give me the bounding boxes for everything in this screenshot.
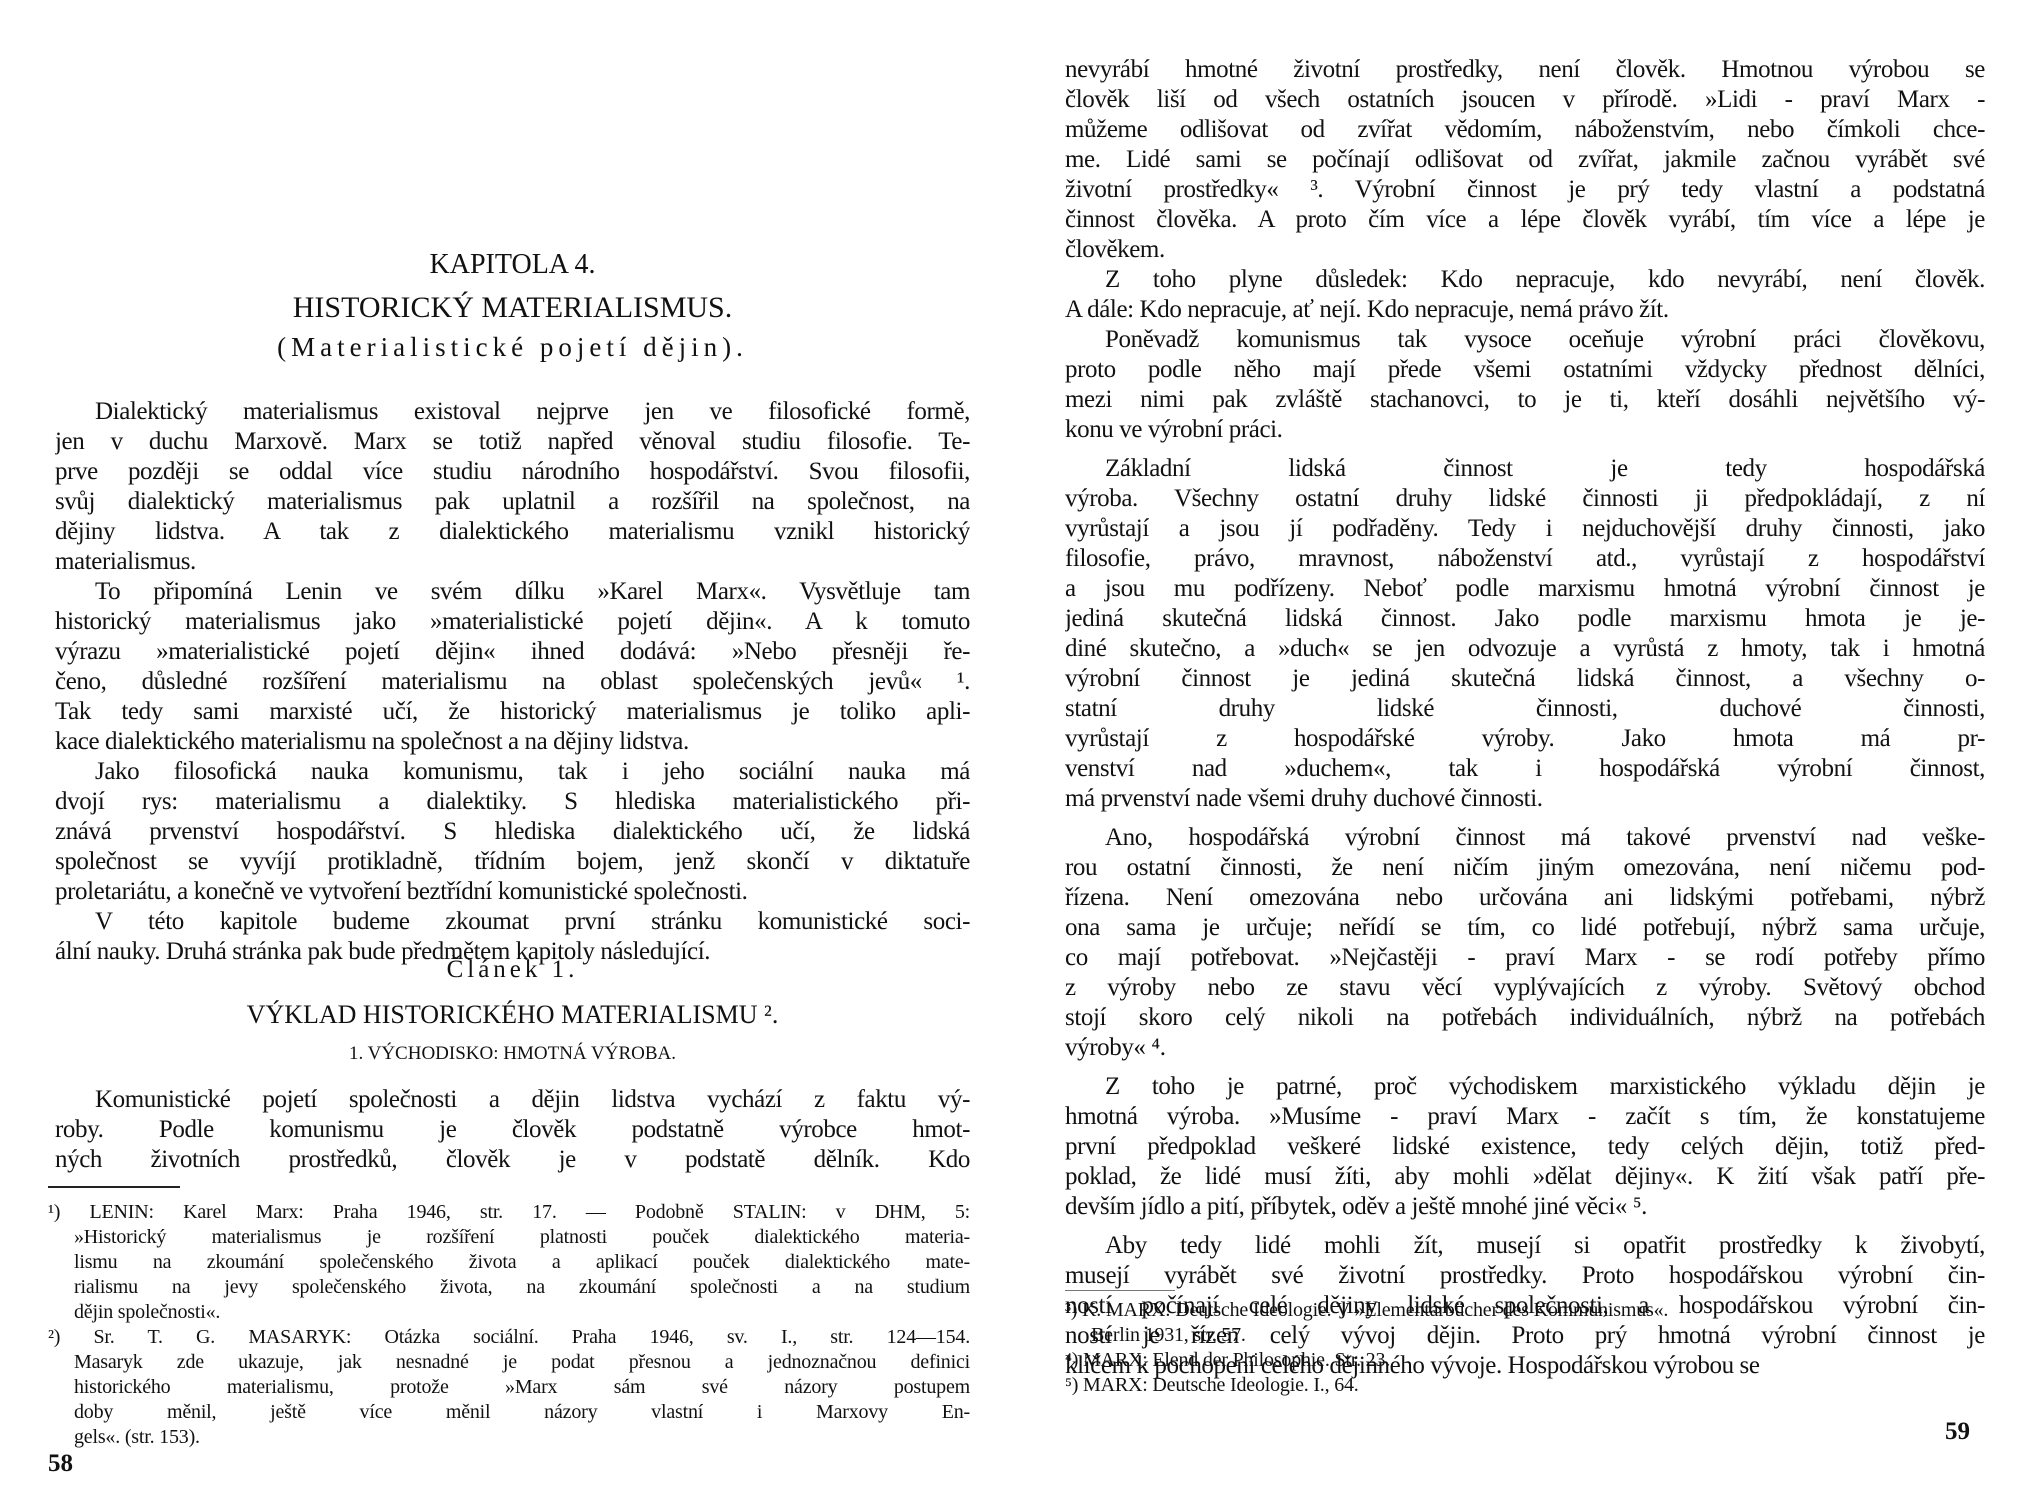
text-line: me. Lidé sami se počínají odlišovat od z… <box>1065 145 1985 175</box>
text-line: životní prostředky« ³. Výrobní činnost j… <box>1065 175 1985 205</box>
paragraph: Z toho je patrné, proč východiskem marxi… <box>1065 1072 1985 1222</box>
footnote-line: »Historický materialismus je rozšíření p… <box>48 1225 970 1250</box>
right-body-text: nevyrábí hmotné životní prostředky, není… <box>1065 55 1985 1381</box>
text-line: dějiny lidstva. A tak z dialektického ma… <box>55 517 970 547</box>
page-number: 59 <box>1945 1418 1970 1446</box>
text-line: Z toho je patrné, proč východiskem marxi… <box>1065 1072 1985 1102</box>
text-line: výrobní činnost je jediná skutečná lidsk… <box>1065 664 1985 694</box>
left-footnotes: ¹) LENIN: Karel Marx: Praha 1946, str. 1… <box>48 1200 970 1450</box>
text-line: Tak tedy sami marxisté učí, že historick… <box>55 697 970 727</box>
text-line: Komunistické pojetí společnosti a dějin … <box>55 1085 970 1115</box>
footnote-line: ²) Sr. T. G. MASARYK: Otázka sociální. P… <box>48 1325 970 1350</box>
text-line: vyrůstají z hospodářské výroby. Jako hmo… <box>1065 724 1985 754</box>
text-line: Jako filosofická nauka komunismu, tak i … <box>55 757 970 787</box>
chapter-title: HISTORICKÝ MATERIALISMUS. <box>55 290 970 326</box>
right-footnotes: ³) K. MARX: Deutsche Ideologie. V »Eleme… <box>1065 1298 1985 1398</box>
page-number: 58 <box>48 1450 73 1478</box>
text-line: ných životních prostředků, člověk je v p… <box>55 1145 970 1175</box>
text-line: proto podle něho mají přede všemi ostatn… <box>1065 355 1985 385</box>
text-line: svůj dialektický materialismus pak uplat… <box>55 487 970 517</box>
footnote-line: doby měnil, ještě více měnil názory vlas… <box>48 1400 970 1425</box>
article-title: VÝKLAD HISTORICKÉHO MATERIALISMU ². <box>55 999 970 1031</box>
text-line: znává prvenství hospodářství. S hlediska… <box>55 817 970 847</box>
text-line: vyrůstají a jsou jí podřaděny. Tedy i ne… <box>1065 514 1985 544</box>
text-line: nevyrábí hmotné životní prostředky, není… <box>1065 55 1985 85</box>
paragraph: Ano, hospodářská výrobní činnost má tako… <box>1065 823 1985 1063</box>
text-line: rou ostatní činnosti, že není ničím jiný… <box>1065 853 1985 883</box>
text-line: historický materialismus jako »materiali… <box>55 607 970 637</box>
footnote-line: ¹) LENIN: Karel Marx: Praha 1946, str. 1… <box>48 1200 970 1225</box>
paragraph: Poněvadž komunismus tak vysoce oceňuje v… <box>1065 325 1985 445</box>
text-line: ona sama je určuje; neřídí se tím, co li… <box>1065 913 1985 943</box>
footnote-separator <box>48 1186 180 1188</box>
footnote-line: ⁴) MARX: Elend der Philosophie. Str. 23. <box>1065 1348 1985 1373</box>
text-line: první předpoklad veškeré lidské existenc… <box>1065 1132 1985 1162</box>
footnote-line: ⁵) MARX: Deutsche Ideologie. I., 64. <box>1065 1373 1985 1398</box>
text-line: Aby tedy lidé mohli žít, musejí si opatř… <box>1065 1231 1985 1261</box>
paragraph: Základní lidská činnost je tedy hospodář… <box>1065 454 1985 814</box>
text-line: V této kapitole budeme zkoumat první str… <box>55 907 970 937</box>
section-paragraph: Komunistické pojetí společnosti a dějin … <box>55 1085 970 1175</box>
text-line: Poněvadž komunismus tak vysoce oceňuje v… <box>1065 325 1985 355</box>
paragraph: Jako filosofická nauka komunismu, tak i … <box>55 757 970 907</box>
text-line: řízena. Není omezována nebo určována ani… <box>1065 883 1985 913</box>
text-line: Ano, hospodářská výrobní činnost má tako… <box>1065 823 1985 853</box>
text-line: co mají potřebovat. »Nejčastěji - praví … <box>1065 943 1985 973</box>
text-line: jen v duchu Marxově. Marx se totiž napře… <box>55 427 970 457</box>
text-line: můžeme odlišovat od zvířat vědomím, nábo… <box>1065 115 1985 145</box>
chapter-subtitle: (Materialistické pojetí dějin). <box>55 330 970 364</box>
text-line: člověkem. <box>1065 235 1985 265</box>
text-line: kace dialektického materialismu na spole… <box>55 727 970 757</box>
footnote-separator <box>1065 1290 1175 1291</box>
text-line: diné skutečno, a »duch« se jen odvozuje … <box>1065 634 1985 664</box>
text-line: Dialektický materialismus existoval nejp… <box>55 397 970 427</box>
text-line: člověk liší od všech ostatních jsoucen v… <box>1065 85 1985 115</box>
text-line: statní druhy lidské činnosti, duchové či… <box>1065 694 1985 724</box>
text-line: výrazu »materialistické pojetí dějin« ih… <box>55 637 970 667</box>
text-line: prve později se oddal více studiu národn… <box>55 457 970 487</box>
chapter-heading: KAPITOLA 4. HISTORICKÝ MATERIALISMUS. (M… <box>55 248 970 364</box>
footnote-line: gels«. (str. 153). <box>48 1425 970 1450</box>
footnote-line: Berlin 1931, str. 57. <box>1065 1323 1985 1348</box>
text-line: konu ve výrobní práci. <box>1065 415 1985 445</box>
text-line: To připomíná Lenin ve svém dílku »Karel … <box>55 577 970 607</box>
text-line: venství nad »duchem«, tak i hospodářská … <box>1065 754 1985 784</box>
text-line: mezi nimi pak zvláště stachanovci, to je… <box>1065 385 1985 415</box>
text-line: výroby« ⁴. <box>1065 1033 1985 1063</box>
text-line: Z toho plyne důsledek: Kdo nepracuje, kd… <box>1065 265 1985 295</box>
footnote-line: ³) K. MARX: Deutsche Ideologie. V »Eleme… <box>1065 1298 1985 1323</box>
text-line: roby. Podle komunismu je člověk podstatn… <box>55 1115 970 1145</box>
section-title: 1. VÝCHODISKO: HMOTNÁ VÝROBA. <box>55 1041 970 1067</box>
text-line: činnost člověka. A proto čím více a lépe… <box>1065 205 1985 235</box>
text-line: a jsou mu podřízeny. Neboť podle marxism… <box>1065 574 1985 604</box>
text-line: poklad, že lidé musí žíti, aby mohli »dě… <box>1065 1162 1985 1192</box>
paragraph: Dialektický materialismus existoval nejp… <box>55 397 970 577</box>
chapter-label: KAPITOLA 4. <box>55 248 970 282</box>
paragraph: nevyrábí hmotné životní prostředky, není… <box>1065 55 1985 265</box>
text-line: jediná skutečná lidská činnost. Jako pod… <box>1065 604 1985 634</box>
text-line: z výroby nebo ze stavu věcí vyplývajícíc… <box>1065 973 1985 1003</box>
left-body-text: Dialektický materialismus existoval nejp… <box>55 397 970 967</box>
text-line: výroba. Všechny ostatní druhy lidské čin… <box>1065 484 1985 514</box>
text-line: společnost se vyvíjí protikladně, třídní… <box>55 847 970 877</box>
paragraph: To připomíná Lenin ve svém dílku »Karel … <box>55 577 970 757</box>
text-line: Základní lidská činnost je tedy hospodář… <box>1065 454 1985 484</box>
footnote-line: dějin společnosti«. <box>48 1300 970 1325</box>
text-line: dvojí rys: materialismu a dialektiky. S … <box>55 787 970 817</box>
paragraph: Z toho plyne důsledek: Kdo nepracuje, kd… <box>1065 265 1985 325</box>
footnote-line: historického materialismu, protože »Marx… <box>48 1375 970 1400</box>
text-line: filosofie, právo, mravnost, náboženství … <box>1065 544 1985 574</box>
left-page: KAPITOLA 4. HISTORICKÝ MATERIALISMUS. (M… <box>0 0 1012 1500</box>
text-line: devším jídlo a pití, příbytek, oděv a je… <box>1065 1192 1985 1222</box>
article-label: Článek 1. <box>55 955 970 985</box>
text-line: má prvenství nade všemi druhy duchové či… <box>1065 784 1985 814</box>
article-heading: Článek 1. VÝKLAD HISTORICKÉHO MATERIALIS… <box>55 955 970 1067</box>
text-line: proletariátu, a konečně ve vytvoření bez… <box>55 877 970 907</box>
text-line: materialismus. <box>55 547 970 577</box>
footnote-line: rialismu na jevy společenského života, n… <box>48 1275 970 1300</box>
text-line: čeno, důsledné rozšíření materialismu na… <box>55 667 970 697</box>
right-page: nevyrábí hmotné životní prostředky, není… <box>1012 0 2024 1500</box>
footnote-line: Masaryk zde ukazuje, jak nesnadné je pod… <box>48 1350 970 1375</box>
text-line: hmotná výroba. »Musíme - praví Marx - za… <box>1065 1102 1985 1132</box>
text-line: A dále: Kdo nepracuje, ať nejí. Kdo nepr… <box>1065 295 1985 325</box>
text-line: musejí vyrábět své životní prostředky. P… <box>1065 1261 1985 1291</box>
text-line: stojí skoro celý nikoli na potřebách ind… <box>1065 1003 1985 1033</box>
footnote-line: lismu na zkoumání společenského života a… <box>48 1250 970 1275</box>
